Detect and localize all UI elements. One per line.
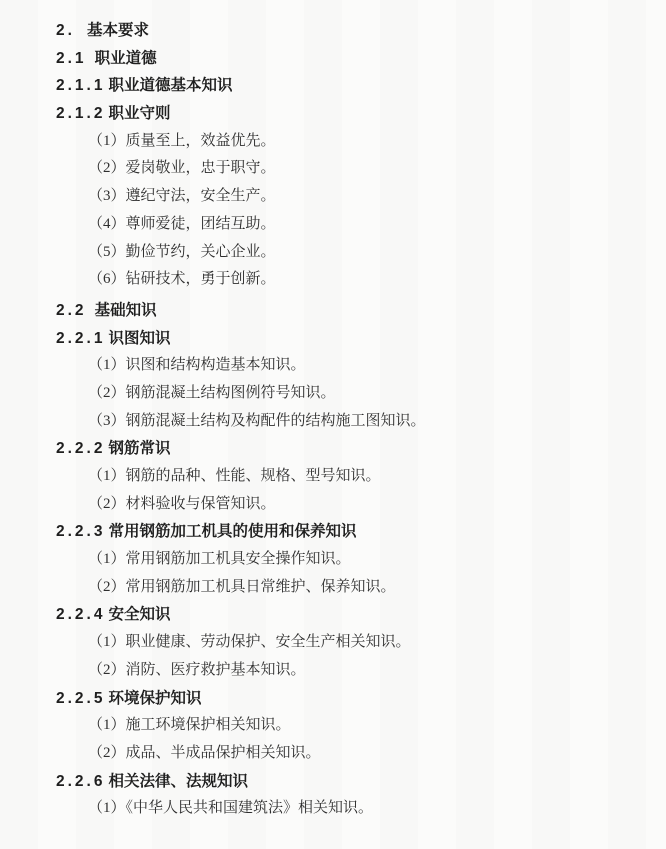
- subsection-title: 钢筋常识: [108, 440, 170, 457]
- chapter-title: 基本要求: [87, 22, 149, 39]
- list-item: （1）施工环境保护相关知识。: [56, 712, 636, 740]
- list-item: （2）钢筋混凝土结构图例符号知识。: [56, 380, 636, 408]
- subsection-title: 常用钢筋加工机具的使用和保养知识: [108, 523, 356, 540]
- list-item: （2）爱岗敬业，忠于职守。: [56, 155, 636, 183]
- list-item: （2）材料验收与保管知识。: [56, 491, 636, 519]
- list-item: （2）成品、半成品保护相关知识。: [56, 740, 636, 768]
- subsection-number: 2.2.2: [56, 440, 105, 457]
- section-number: 2.1: [56, 50, 87, 67]
- chapter-heading: 2.基本要求: [56, 17, 636, 45]
- subsection-number: 2.2.3: [56, 523, 105, 540]
- subsection-number: 2.1.2: [56, 105, 105, 122]
- list-item: （3）遵纪守法，安全生产。: [56, 183, 636, 211]
- section-number: 2.2: [56, 302, 87, 319]
- section-heading: 2.1职业道德: [56, 45, 636, 73]
- list-item: （2）常用钢筋加工机具日常维护、保养知识。: [56, 574, 636, 602]
- list-item: （5）勤俭节约，关心企业。: [56, 239, 636, 267]
- list-item: （4）尊师爱徒，团结互助。: [56, 211, 636, 239]
- subsection-number: 2.1.1: [56, 77, 105, 94]
- subsection-heading: 2.2.2钢筋常识: [56, 435, 636, 463]
- list-item: （1）质量至上，效益优先。: [56, 128, 636, 156]
- subsection-title: 安全知识: [108, 606, 170, 623]
- subsection-heading: 2.2.4安全知识: [56, 601, 636, 629]
- list-item: （1）职业健康、劳动保护、安全生产相关知识。: [56, 629, 636, 657]
- document-page: 2.基本要求 2.1职业道德 2.1.1职业道德基本知识 2.1.2职业守则 （…: [0, 0, 666, 849]
- subsection-heading: 2.2.5环境保护知识: [56, 685, 636, 713]
- subsection-title: 职业道德基本知识: [108, 77, 232, 94]
- subsection-number: 2.2.6: [56, 773, 105, 790]
- list-item: （3）钢筋混凝土结构及构配件的结构施工图知识。: [56, 408, 636, 436]
- subsection-number: 2.2.5: [56, 690, 105, 707]
- subsection-title: 识图知识: [108, 330, 170, 347]
- subsection-heading: 2.1.1职业道德基本知识: [56, 72, 636, 100]
- list-item: （1）钢筋的品种、性能、规格、型号知识。: [56, 463, 636, 491]
- subsection-heading: 2.2.3常用钢筋加工机具的使用和保养知识: [56, 518, 636, 546]
- subsection-title: 环境保护知识: [108, 690, 201, 707]
- section-title: 基础知识: [95, 302, 157, 319]
- list-item: （1）常用钢筋加工机具安全操作知识。: [56, 546, 636, 574]
- list-item: （6）钻研技术，勇于创新。: [56, 266, 636, 294]
- subsection-title: 相关法律、法规知识: [108, 773, 248, 790]
- list-item: （1）《中华人民共和国建筑法》相关知识。: [56, 795, 636, 823]
- list-item: （2）消防、医疗救护基本知识。: [56, 657, 636, 685]
- chapter-number: 2.: [56, 22, 75, 39]
- subsection-number: 2.2.4: [56, 606, 105, 623]
- subsection-title: 职业守则: [108, 105, 170, 122]
- subsection-heading: 2.1.2职业守则: [56, 100, 636, 128]
- subsection-number: 2.2.1: [56, 330, 105, 347]
- section-title: 职业道德: [95, 50, 157, 67]
- list-item: （1）识图和结构构造基本知识。: [56, 352, 636, 380]
- section-heading: 2.2基础知识: [56, 297, 636, 325]
- subsection-heading: 2.2.1识图知识: [56, 325, 636, 353]
- subsection-heading: 2.2.6相关法律、法规知识: [56, 768, 636, 796]
